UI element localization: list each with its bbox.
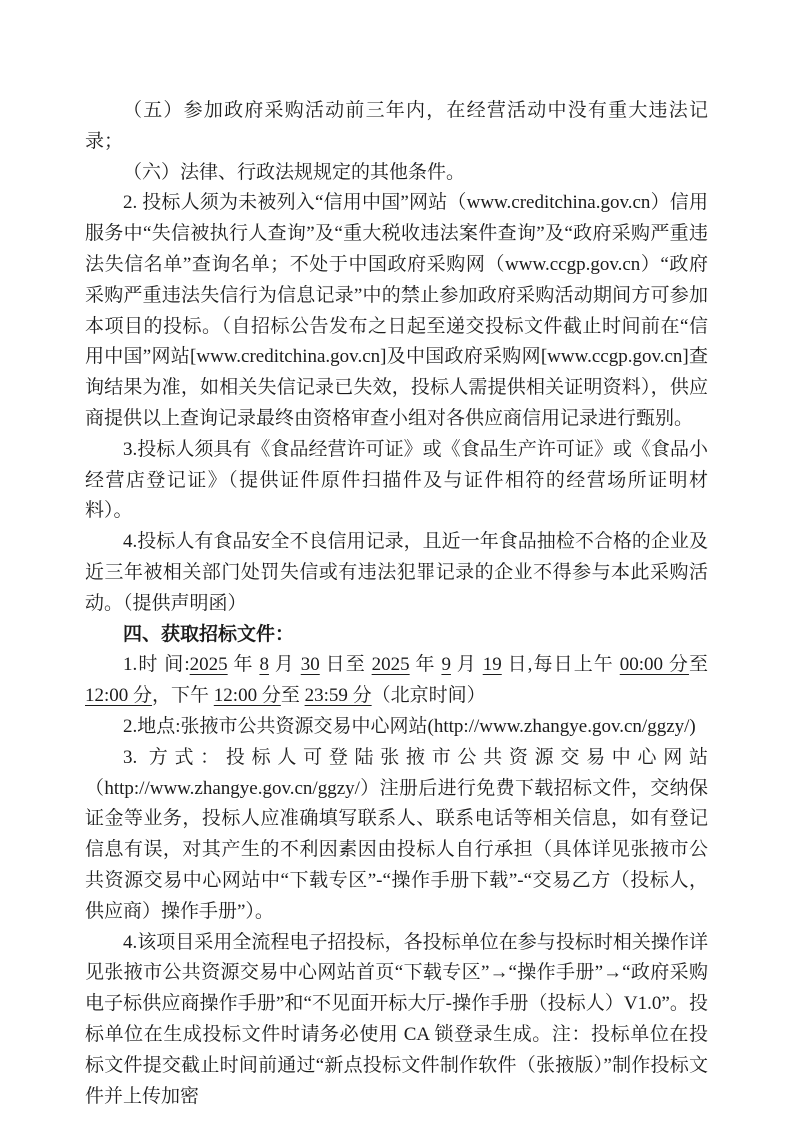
clause-6-other-conditions: （六）法律、行政法规规定的其他条件。 xyxy=(85,158,708,189)
obtain-method: 3. 方式：投标人可登陆张掖市公共资源交易中心网站（http://www.zha… xyxy=(85,743,708,928)
obtain-time-segment: 2025 xyxy=(372,654,410,675)
obtain-time-segment: 12:00 分 xyxy=(85,685,152,706)
e-bidding-procedure-note-segment: 4.该项目采用全流程电子招投标，各投标单位在参与投标时相关操作详见张掖市公共资源… xyxy=(85,932,708,1107)
obtain-place-segment: 2.地点:张掖市公共资源交易中心网站(http://www.zhangye.go… xyxy=(123,716,696,737)
document-body: （五）参加政府采购活动前三年内，在经营活动中没有重大违法记录；（六）法律、行政法… xyxy=(85,96,708,1112)
obtain-time-segment: 至 xyxy=(281,685,305,706)
clause-5-no-major-violations: （五）参加政府采购活动前三年内，在经营活动中没有重大违法记录； xyxy=(85,96,708,158)
document-page: （五）参加政府采购活动前三年内，在经营活动中没有重大违法记录；（六）法律、行政法… xyxy=(0,0,793,1122)
obtain-time-segment: 日,每日上午 xyxy=(502,654,620,675)
obtain-time-segment: 12:00 分 xyxy=(214,685,281,706)
obtain-time-segment: 9 xyxy=(441,654,451,675)
e-bidding-procedure-note: 4.该项目采用全流程电子招投标，各投标单位在参与投标时相关操作详见张掖市公共资源… xyxy=(85,928,708,1113)
requirement-2-credit-china-segment: 2. 投标人须为未被列入“信用中国”网站（www.creditchina.gov… xyxy=(85,192,708,429)
requirement-4-food-safety-record: 4.投标人有食品安全不良信用记录，且近一年食品抽检不合格的企业及近三年被相关部门… xyxy=(85,527,708,619)
section-4-heading-obtain-documents: 四、获取招标文件： xyxy=(85,620,708,651)
obtain-time-segment: 月 xyxy=(269,654,301,675)
obtain-time-segment: 年 xyxy=(228,654,260,675)
requirement-3-food-license: 3.投标人须具有《食品经营许可证》或《食品生产许可证》或《食品小经营店登记证》（… xyxy=(85,435,708,527)
obtain-time-segment: 00:00 分 xyxy=(620,654,689,675)
clause-6-other-conditions-segment: （六）法律、行政法规规定的其他条件。 xyxy=(123,162,465,183)
section-4-heading-obtain-documents-segment: 四、获取招标文件： xyxy=(123,624,294,645)
clause-5-no-major-violations-segment: （五）参加政府采购活动前三年内，在经营活动中没有重大违法记录； xyxy=(85,100,708,152)
requirement-4-food-safety-record-segment: 4.投标人有食品安全不良信用记录，且近一年食品抽检不合格的企业及近三年被相关部门… xyxy=(85,531,708,614)
obtain-time-segment: 23:59 分 xyxy=(305,685,372,706)
obtain-time-segment: 至 xyxy=(689,654,708,675)
requirement-2-credit-china: 2. 投标人须为未被列入“信用中国”网站（www.creditchina.gov… xyxy=(85,188,708,434)
obtain-time-segment: 8 xyxy=(259,654,269,675)
obtain-time-segment: 19 xyxy=(483,654,502,675)
requirement-3-food-license-segment: 3.投标人须具有《食品经营许可证》或《食品生产许可证》或《食品小经营店登记证》（… xyxy=(85,439,708,522)
obtain-time-segment: 日至 xyxy=(320,654,372,675)
obtain-time-segment: 年 xyxy=(410,654,442,675)
obtain-place: 2.地点:张掖市公共资源交易中心网站(http://www.zhangye.go… xyxy=(85,712,708,743)
obtain-time-segment: 30 xyxy=(301,654,320,675)
obtain-method-segment: 3. 方式：投标人可登陆张掖市公共资源交易中心网站（http://www.zha… xyxy=(85,747,708,922)
obtain-time-segment: 月 xyxy=(451,654,483,675)
obtain-time: 1.时 间:2025 年 8 月 30 日至 2025 年 9 月 19 日,每… xyxy=(85,650,708,712)
obtain-time-segment: 1.时 间: xyxy=(123,654,190,675)
obtain-time-segment: 2025 xyxy=(190,654,228,675)
obtain-time-segment: （北京时间） xyxy=(372,685,486,706)
obtain-time-segment: ，下午 xyxy=(152,685,214,706)
